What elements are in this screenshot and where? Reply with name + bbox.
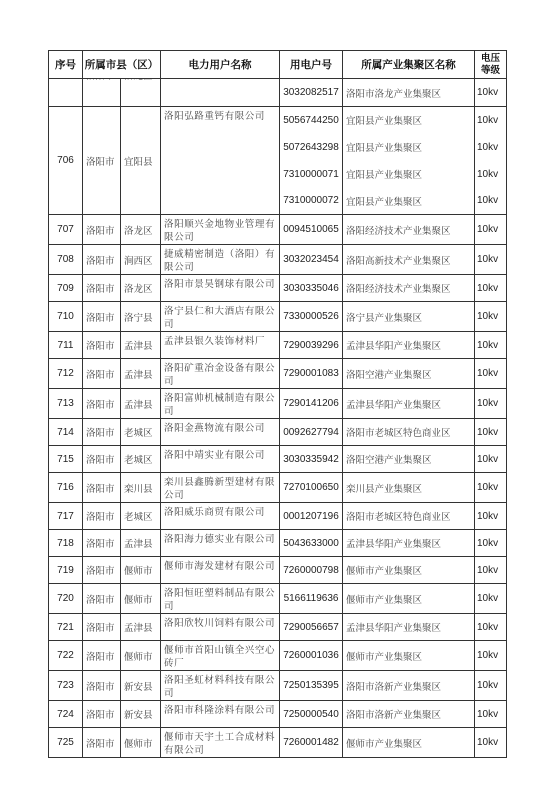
customer-name-cell: 洛阳市景昊钢球有限公司: [161, 275, 280, 302]
table-row: 720洛阳市偃师市洛阳恒旺塑料制品有限公司5166119636偃师市产业集聚区1…: [49, 584, 507, 614]
table-row: 714洛阳市老城区洛阳金燕物流有限公司0092627794洛阳市老城区特色商业区…: [49, 419, 507, 446]
customer-name-cell: 偃师市海发建材有限公司: [161, 557, 280, 584]
zone-cell: 洛阳市洛新产业集聚区: [343, 671, 475, 701]
voltage-cell: 10kv: [475, 275, 507, 302]
zone-cell: 洛阳市洛新产业集聚区: [343, 701, 475, 728]
city-cell: 洛阳市: [83, 728, 121, 758]
table-row: 712洛阳市孟津县洛阳矿重冶金设备有限公司7290001083洛阳空港产业集聚区…: [49, 359, 507, 389]
account-no-cell: 7260001036: [280, 641, 343, 671]
city-cell: 洛阳市: [86, 79, 120, 83]
seq-cell: 722: [49, 641, 83, 671]
city-cell: 洛阳市: [83, 671, 121, 701]
zone-cell: 孟津县华阳产业集聚区: [343, 530, 475, 557]
account-no-cell: 7290001083: [280, 359, 343, 389]
district-cell: 老城区: [121, 503, 161, 530]
city-cell: 洛阳市: [83, 107, 121, 215]
customer-name-cell: 洛阳顺兴金地物业管理有限公司: [161, 215, 280, 245]
seq-cell: 709: [49, 275, 83, 302]
district-cell: 洛龙区: [124, 79, 160, 83]
zone-cell: 洛阳高新技术产业集聚区: [343, 245, 475, 275]
account-no-cell: 7260000798: [280, 557, 343, 584]
account-no-cell: 7250000540: [280, 701, 343, 728]
voltage-cell: 10kv: [475, 161, 507, 188]
customer-name-cell: 洛阳圣虹材料科技有限公司: [161, 671, 280, 701]
zone-cell: 偃师市产业集聚区: [343, 728, 475, 758]
voltage-cell: 10kv: [475, 701, 507, 728]
account-no-cell: 5043633000: [280, 530, 343, 557]
zone-cell: 洛阳空港产业集聚区: [343, 359, 475, 389]
seq-cell: 720: [49, 584, 83, 614]
header-voltage-line1: 电压: [481, 53, 500, 64]
customer-name-cell: 洛阳威乐商贸有限公司: [161, 503, 280, 530]
customer-name-cell: 洛阳欣牧川饲料有限公司: [161, 614, 280, 641]
table-row: 718洛阳市孟津县洛阳海力德实业有限公司5043633000孟津县华阳产业集聚区…: [49, 530, 507, 557]
voltage-cell: 10kv: [475, 302, 507, 332]
account-no-cell: 7290039296: [280, 332, 343, 359]
seq-cell: 724: [49, 701, 83, 728]
seq-cell: 705: [49, 79, 82, 80]
account-no-cell: 5072643298: [280, 134, 343, 161]
table-row: 717洛阳市老城区洛阳威乐商贸有限公司0001207196洛阳市老城区特色商业区…: [49, 503, 507, 530]
seq-cell: 710: [49, 302, 83, 332]
account-no-cell: 5166119636: [280, 584, 343, 614]
account-no-cell: 7330000526: [280, 302, 343, 332]
customer-name-cell: [161, 79, 280, 107]
district-cell: 偃师市: [121, 557, 161, 584]
voltage-cell: 10kv: [475, 134, 507, 161]
table-row: 707洛阳市洛龙区洛阳顺兴金地物业管理有限公司0094510065洛阳经济技术产…: [49, 215, 507, 245]
table-row: 709洛阳市洛龙区洛阳市景昊钢球有限公司3030335046洛阳经济技术产业集聚…: [49, 275, 507, 302]
district-cell: 孟津县: [121, 614, 161, 641]
city-cell: 洛阳市: [83, 614, 121, 641]
account-no-cell: 7270100650: [280, 473, 343, 503]
customer-name-cell: 洛阳中靖实业有限公司: [161, 446, 280, 473]
district-cell: 偃师市: [121, 584, 161, 614]
zone-cell: 宜阳县产业集聚区: [343, 134, 475, 161]
customer-name-cell: 洛阳恒旺塑料制品有限公司: [161, 584, 280, 614]
voltage-cell: 10kv: [475, 419, 507, 446]
district-cell: 栾川县: [121, 473, 161, 503]
city-cell: 洛阳市: [83, 275, 121, 302]
table-row: 724洛阳市新安县洛阳市科隆涂料有限公司7250000540洛阳市洛新产业集聚区…: [49, 701, 507, 728]
city-cell: 洛阳市: [83, 419, 121, 446]
account-no-cell: 3032023454: [280, 245, 343, 275]
table-row: 713洛阳市孟津县洛阳富帅机械制造有限公司7290141206孟津县华阳产业集聚…: [49, 389, 507, 419]
account-no-cell: 0092627794: [280, 419, 343, 446]
zone-cell: 洛阳市洛龙产业集聚区: [343, 79, 475, 107]
table-row: 719洛阳市偃师市偃师市海发建材有限公司7260000798偃师市产业集聚区10…: [49, 557, 507, 584]
city-cell: 洛阳市: [83, 302, 121, 332]
voltage-cell: 10kv: [475, 530, 507, 557]
customer-name-cell: 洛阳富帅机械制造有限公司: [161, 389, 280, 419]
city-cell: 洛阳市: [83, 473, 121, 503]
seq-cell: 717: [49, 503, 83, 530]
city-cell: 洛阳市: [83, 332, 121, 359]
zone-cell: 偃师市产业集聚区: [343, 641, 475, 671]
voltage-cell: 10kv: [475, 245, 507, 275]
table-row: 725洛阳市偃师市偃师市天宇土工合成材料有限公司7260001482偃师市产业集…: [49, 728, 507, 758]
account-no-cell: 7290141206: [280, 389, 343, 419]
zone-cell: 洛宁县产业集聚区: [343, 302, 475, 332]
city-cell: 洛阳市: [83, 701, 121, 728]
table-row: 708洛阳市涧西区捷威精密制造（洛阳）有限公司3032023454洛阳高新技术产…: [49, 245, 507, 275]
city-cell: 洛阳市: [83, 215, 121, 245]
district-cell: 孟津县: [121, 332, 161, 359]
zone-cell: 宜阳县产业集聚区: [343, 161, 475, 188]
district-cell: 洛龙区: [121, 215, 161, 245]
zone-cell: 宜阳县产业集聚区: [343, 107, 475, 134]
city-cell: 洛阳市: [83, 530, 121, 557]
voltage-cell: 10kv: [475, 107, 507, 134]
district-cell: 宜阳县: [121, 107, 161, 215]
zone-cell: 偃师市产业集聚区: [343, 557, 475, 584]
table-row-partial: 705 洛阳市 洛龙区 3032082517 洛阳市洛龙产业集聚区 10kv: [49, 79, 507, 107]
voltage-cell: 10kv: [475, 614, 507, 641]
header-customer-name: 电力用户名称: [161, 51, 280, 79]
voltage-cell: 10kv: [475, 671, 507, 701]
voltage-cell: 10kv: [475, 79, 507, 107]
city-cell: 洛阳市: [83, 641, 121, 671]
customer-name-cell: 洛阳海力德实业有限公司: [161, 530, 280, 557]
customer-name-cell: 偃师市天宇土工合成材料有限公司: [161, 728, 280, 758]
table-row: 716洛阳市栾川县栾川县鑫腾新型建材有限公司7270100650栾川县产业集聚区…: [49, 473, 507, 503]
seq-cell: 725: [49, 728, 83, 758]
seq-cell: 713: [49, 389, 83, 419]
zone-cell: 偃师市产业集聚区: [343, 584, 475, 614]
district-cell: 孟津县: [121, 530, 161, 557]
account-no-cell: 0001207196: [280, 503, 343, 530]
zone-cell: 洛阳空港产业集聚区: [343, 446, 475, 473]
account-no-cell: 5056744250: [280, 107, 343, 134]
zone-cell: 宜阳县产业集聚区: [343, 188, 475, 215]
seq-cell: 721: [49, 614, 83, 641]
district-cell: 洛宁县: [121, 302, 161, 332]
account-no-cell: 0094510065: [280, 215, 343, 245]
city-cell: 洛阳市: [83, 389, 121, 419]
account-no-cell: 7290056657: [280, 614, 343, 641]
header-account-no: 用电户号: [280, 51, 343, 79]
table-row: 723洛阳市新安县洛阳圣虹材料科技有限公司7250135395洛阳市洛新产业集聚…: [49, 671, 507, 701]
account-no-cell: 3030335942: [280, 446, 343, 473]
account-no-cell: 3032082517: [280, 79, 343, 107]
zone-cell: 栾川县产业集聚区: [343, 473, 475, 503]
customer-name-cell: 捷威精密制造（洛阳）有限公司: [161, 245, 280, 275]
seq-cell: 714: [49, 419, 83, 446]
seq-cell: 708: [49, 245, 83, 275]
zone-cell: 洛阳市老城区特色商业区: [343, 419, 475, 446]
district-cell: 洛龙区: [121, 275, 161, 302]
voltage-cell: 10kv: [475, 641, 507, 671]
header-voltage-line2: 等级: [481, 65, 500, 76]
seq-cell: 706: [49, 107, 83, 215]
voltage-cell: 10kv: [475, 557, 507, 584]
table-row: 715洛阳市老城区洛阳中靖实业有限公司3030335942洛阳空港产业集聚区10…: [49, 446, 507, 473]
district-cell: 偃师市: [121, 728, 161, 758]
table-row: 706 洛阳市 宜阳县 洛阳弘路重钙有限公司 5056744250 宜阳县产业集…: [49, 107, 507, 134]
seq-cell: 716: [49, 473, 83, 503]
district-cell: 新安县: [121, 671, 161, 701]
account-no-cell: 7310000072: [280, 188, 343, 215]
header-zone-name: 所属产业集聚区名称: [343, 51, 475, 79]
district-cell: 孟津县: [121, 359, 161, 389]
district-cell: 涧西区: [121, 245, 161, 275]
table-row: 711洛阳市孟津县孟津县银久装饰材料厂7290039296孟津县华阳产业集聚区1…: [49, 332, 507, 359]
header-voltage: 电压 等级: [475, 51, 507, 79]
account-no-cell: 7260001482: [280, 728, 343, 758]
voltage-cell: 10kv: [475, 389, 507, 419]
voltage-cell: 10kv: [475, 188, 507, 215]
customer-name-cell: 洛阳市科隆涂料有限公司: [161, 701, 280, 728]
account-no-cell: 3030335046: [280, 275, 343, 302]
city-cell: 洛阳市: [83, 557, 121, 584]
seq-cell: 707: [49, 215, 83, 245]
header-region: 所属市县（区）: [83, 51, 161, 79]
seq-cell: 711: [49, 332, 83, 359]
customer-name-cell: 洛阳矿重冶金设备有限公司: [161, 359, 280, 389]
voltage-cell: 10kv: [475, 584, 507, 614]
header-seq: 序号: [49, 51, 83, 79]
customer-name-cell: 洛阳弘路重钙有限公司: [161, 107, 280, 215]
table-header-row: 序号 所属市县（区） 电力用户名称 用电户号 所属产业集聚区名称 电压 等级: [49, 51, 507, 79]
customer-name-cell: 栾川县鑫腾新型建材有限公司: [161, 473, 280, 503]
zone-cell: 孟津县华阳产业集聚区: [343, 389, 475, 419]
voltage-cell: 10kv: [475, 473, 507, 503]
zone-cell: 孟津县华阳产业集聚区: [343, 614, 475, 641]
account-no-cell: 7250135395: [280, 671, 343, 701]
customer-table: 序号 所属市县（区） 电力用户名称 用电户号 所属产业集聚区名称 电压 等级 7…: [48, 50, 507, 758]
customer-name-cell: 洛宁县仁和大酒店有限公司: [161, 302, 280, 332]
voltage-cell: 10kv: [475, 215, 507, 245]
district-cell: 孟津县: [121, 389, 161, 419]
district-cell: 新安县: [121, 701, 161, 728]
zone-cell: 孟津县华阳产业集聚区: [343, 332, 475, 359]
seq-cell: 715: [49, 446, 83, 473]
customer-name-cell: 洛阳金燕物流有限公司: [161, 419, 280, 446]
voltage-cell: 10kv: [475, 359, 507, 389]
table-row: 721洛阳市孟津县洛阳欣牧川饲料有限公司7290056657孟津县华阳产业集聚区…: [49, 614, 507, 641]
district-cell: 老城区: [121, 446, 161, 473]
city-cell: 洛阳市: [83, 359, 121, 389]
zone-cell: 洛阳经济技术产业集聚区: [343, 275, 475, 302]
seq-cell: 719: [49, 557, 83, 584]
account-no-cell: 7310000071: [280, 161, 343, 188]
table-row: 722洛阳市偃师市偃师市首阳山镇全兴空心砖厂7260001036偃师市产业集聚区…: [49, 641, 507, 671]
district-cell: 老城区: [121, 419, 161, 446]
city-cell: 洛阳市: [83, 245, 121, 275]
city-cell: 洛阳市: [83, 446, 121, 473]
voltage-cell: 10kv: [475, 332, 507, 359]
voltage-cell: 10kv: [475, 503, 507, 530]
table-row: 710洛阳市洛宁县洛宁县仁和大酒店有限公司7330000526洛宁县产业集聚区1…: [49, 302, 507, 332]
voltage-cell: 10kv: [475, 728, 507, 758]
zone-cell: 洛阳经济技术产业集聚区: [343, 215, 475, 245]
seq-cell: 718: [49, 530, 83, 557]
city-cell: 洛阳市: [83, 503, 121, 530]
district-cell: 偃师市: [121, 641, 161, 671]
customer-name-cell: 偃师市首阳山镇全兴空心砖厂: [161, 641, 280, 671]
city-cell: 洛阳市: [83, 584, 121, 614]
voltage-cell: 10kv: [475, 446, 507, 473]
seq-cell: 723: [49, 671, 83, 701]
zone-cell: 洛阳市老城区特色商业区: [343, 503, 475, 530]
seq-cell: 712: [49, 359, 83, 389]
customer-name-cell: 孟津县银久装饰材料厂: [161, 332, 280, 359]
